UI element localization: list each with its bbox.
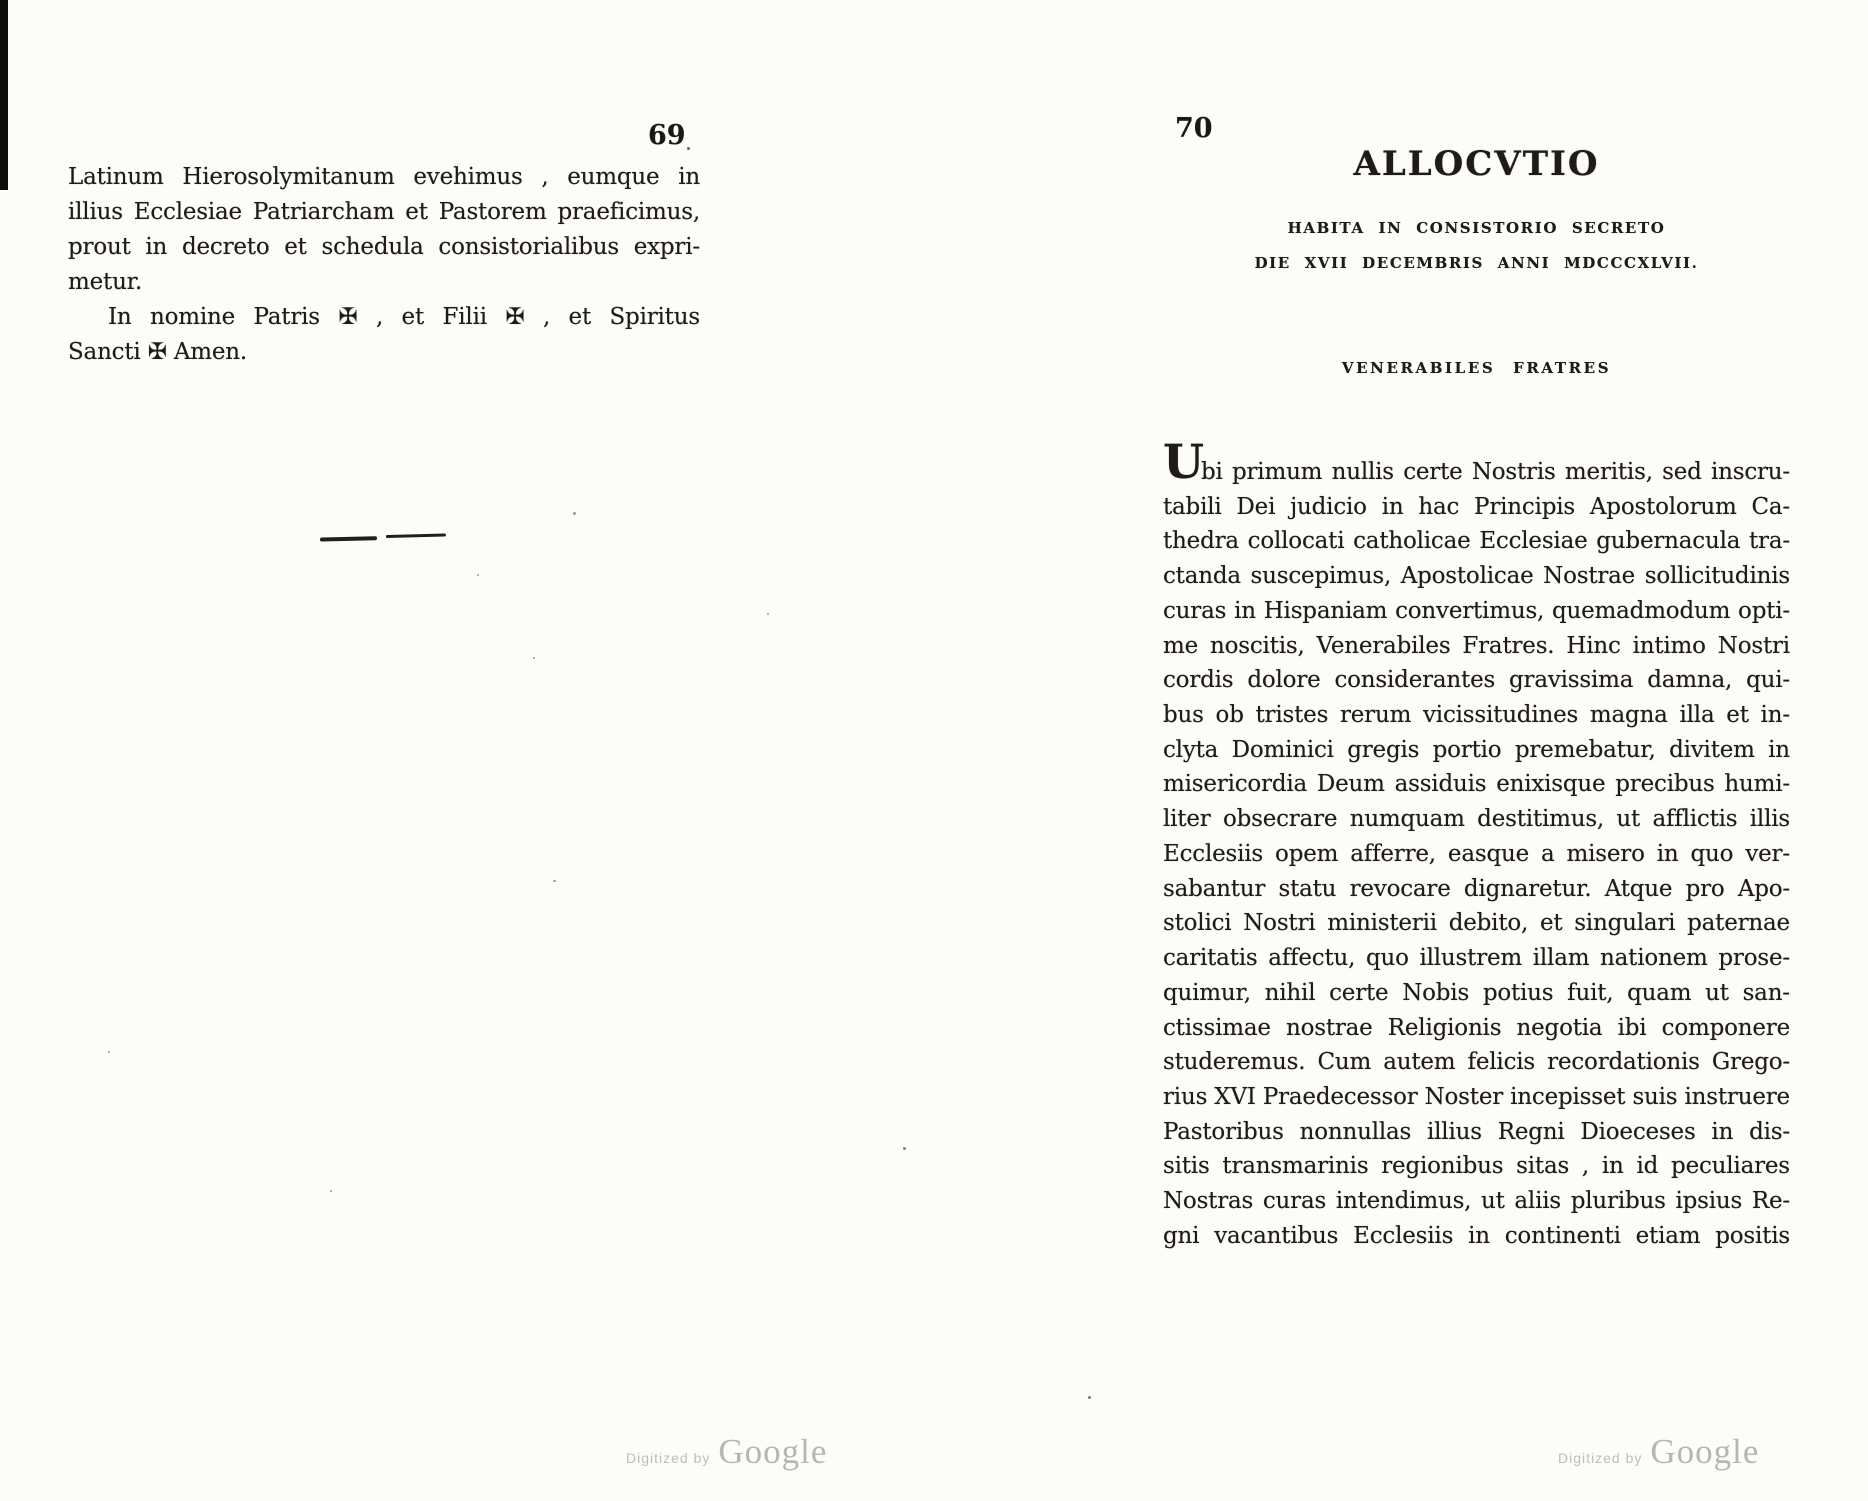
digitized-by-label: Digitized by: [626, 1450, 710, 1466]
text-line: Sancti ✠ Amen.: [68, 335, 700, 370]
book-scan-spread: 69 LatinumHierosolymitanumevehimus,eumqu…: [0, 0, 1868, 1501]
text-line: tabiliDeijudicioinhacPrincipisApostoloru…: [1163, 490, 1790, 525]
text-line: illiusEcclesiaePatriarchametPastoremprae…: [68, 195, 700, 230]
left-page-number: 69: [648, 121, 686, 151]
salutation: VENERABILES FRATRES: [1163, 359, 1790, 377]
text-line: caritatisaffectu,quoillustremillamnation…: [1163, 941, 1790, 976]
google-logo: Google: [1650, 1433, 1759, 1471]
text-line: Ecclesiisopemafferre,easqueamiseroinquov…: [1163, 837, 1790, 872]
text-line: misericordiaDeumassiduisenixisqueprecibu…: [1163, 767, 1790, 802]
google-watermark: Digitized by Google: [1558, 1433, 1759, 1471]
text-line: Nostrascurasintendimus,utaliispluribusip…: [1163, 1184, 1790, 1219]
subtitle-line-1: HABITA IN CONSISTORIO SECRETO: [1163, 219, 1790, 237]
scan-speck: [1088, 1396, 1091, 1399]
text-line: proutindecretoetschedulaconsistorialibus…: [68, 230, 700, 265]
text-line: sabanturstaturevocaredignaretur.Atquepro…: [1163, 872, 1790, 907]
text-line: quimur,nihilcerteNobispotiusfuit,quamuts…: [1163, 976, 1790, 1011]
text-line: busobtristesrerumvicissitudinesmagnailla…: [1163, 698, 1790, 733]
right-page-number: 70: [1175, 114, 1213, 144]
text-line: curasinHispaniamconvertimus,quemadmodumo…: [1163, 594, 1790, 629]
text-line: literobsecrarenumquamdestitimus,utafflic…: [1163, 802, 1790, 837]
text-line: ctandasuscepimus,ApostolicaeNostraesolli…: [1163, 559, 1790, 594]
text-line: sitistransmarinisregionibussitas,inidpec…: [1163, 1149, 1790, 1184]
scan-speck: [687, 147, 690, 150]
text-line: menoscitis,VenerabilesFratres.Hincintimo…: [1163, 629, 1790, 664]
scan-speck: [573, 512, 576, 515]
scan-speck: [330, 1190, 332, 1192]
scan-edge-artifact: [0, 0, 8, 190]
subtitle-line-2: DIE XVII DECEMBRIS ANNI MDCCCXLVII.: [1163, 254, 1790, 272]
text-line: metur.: [68, 265, 700, 300]
text-line: InnominePatris✠,etFilii✠,etSpiritus: [68, 300, 700, 335]
text-line: clytaDominicigregisportiopremebatur,divi…: [1163, 733, 1790, 768]
scan-speck: [903, 1147, 906, 1150]
text-line: LatinumHierosolymitanumevehimus,eumquein: [68, 160, 700, 195]
body-first-line: U biprimumnulliscerteNostrismeritis,sedi…: [1163, 455, 1790, 490]
scan-speck: [108, 1051, 110, 1053]
left-page-text-block: LatinumHierosolymitanumevehimus,eumquein…: [68, 160, 700, 370]
digitized-by-label: Digitized by: [1558, 1450, 1642, 1466]
text-line: cordisdoloreconsiderantesgravissimadamna…: [1163, 663, 1790, 698]
google-watermark: Digitized by Google: [626, 1433, 827, 1471]
section-divider: [320, 531, 450, 544]
right-page-body: U biprimumnulliscerteNostrismeritis,sedi…: [1163, 455, 1790, 1254]
text-line: studeremus.CumautemfelicisrecordationisG…: [1163, 1045, 1790, 1080]
text-line: thedracollocaticatholicaeEcclesiaegubern…: [1163, 524, 1790, 559]
text-line: riusXVIPraedecessorNosterincepissetsuisi…: [1163, 1080, 1790, 1115]
google-logo: Google: [718, 1433, 827, 1471]
drop-cap-initial: U: [1163, 439, 1204, 486]
text-line: ctissimaenostraeReligionisnegotiaibicomp…: [1163, 1011, 1790, 1046]
allocution-title: ALLOCVTIO: [1163, 146, 1790, 182]
scan-speck: [533, 657, 535, 659]
scan-speck: [477, 574, 479, 576]
scan-speck: [767, 613, 769, 615]
scan-speck: [553, 880, 556, 882]
text-line: biprimumnulliscerteNostrismeritis,sedins…: [1201, 455, 1790, 490]
text-line: stoliciNostriministeriidebito,etsingular…: [1163, 906, 1790, 941]
body-lines: tabiliDeijudicioinhacPrincipisApostoloru…: [1163, 490, 1790, 1254]
text-line: gnivacantibusEcclesiisincontinentietiamp…: [1163, 1219, 1790, 1254]
text-line: PastoribusnonnullasilliusRegniDioecesesi…: [1163, 1115, 1790, 1150]
